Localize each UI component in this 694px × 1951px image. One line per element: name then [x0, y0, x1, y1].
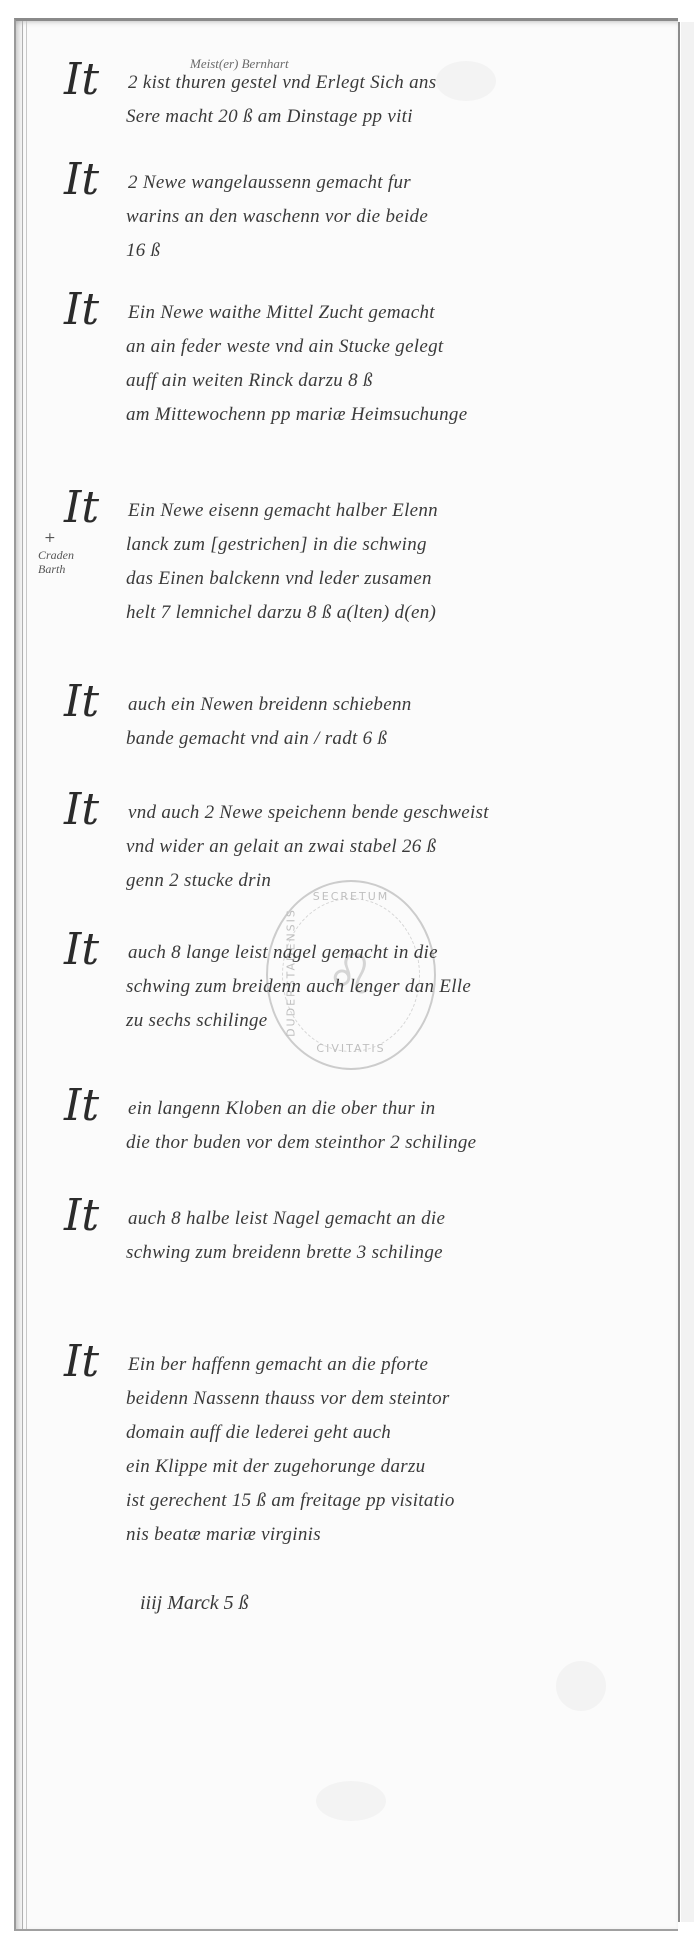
entry-line: auch 8 halbe leist Nagel gemacht an die — [70, 1202, 630, 1236]
item-mark: It — [64, 486, 99, 530]
entry-line: schwing zum breidenn auch lenger dan Ell… — [70, 970, 630, 1004]
entry-line: Ein Newe eisenn gemacht halber Elenn — [70, 494, 630, 528]
entry-line: ist gerechent 15 ß am freitage pp visita… — [70, 1484, 630, 1518]
margin-note-line: Barth — [38, 562, 74, 576]
ledger-entry: It 2 Newe wangelaussenn gemacht fur wari… — [70, 166, 630, 268]
entry-line: helt 7 lemnichel darzu 8 ß a(lten) d(en) — [70, 596, 630, 630]
item-mark: It — [64, 680, 99, 724]
entry-line: lanck zum [gestrichen] in die schwing — [70, 528, 630, 562]
entry-line: auch ein Newen breidenn schiebenn — [70, 688, 630, 722]
entry-line: Ein ber haffenn gemacht an die pforte — [70, 1348, 630, 1382]
ledger-entry: It ein langenn Kloben an die ober thur i… — [70, 1092, 630, 1160]
entry-line: 2 kist thuren gestel vnd Erlegt Sich ans — [70, 66, 630, 100]
entry-line: ein Klippe mit der zugehorunge darzu — [70, 1450, 630, 1484]
item-mark: It — [64, 788, 99, 832]
paper-stain — [316, 1781, 386, 1821]
margin-cross-mark: + — [44, 530, 56, 546]
item-mark: It — [64, 1340, 99, 1384]
entry-line: vnd wider an gelait an zwai stabel 26 ß — [70, 830, 630, 864]
item-mark: It — [64, 158, 99, 202]
item-mark: It — [64, 58, 99, 102]
margin-note: Craden Barth — [38, 548, 74, 576]
entry-line: vnd auch 2 Newe speichenn bende geschwei… — [70, 796, 630, 830]
item-mark: It — [64, 928, 99, 972]
entry-line: ein langenn Kloben an die ober thur in — [70, 1092, 630, 1126]
entry-line: beidenn Nassenn thauss vor dem steintor — [70, 1382, 630, 1416]
item-mark: It — [64, 288, 99, 332]
ledger-entry: It Ein Newe eisenn gemacht halber Elenn … — [70, 494, 630, 630]
entry-line: bande gemacht vnd ain / radt 6 ß — [70, 722, 630, 756]
ledger-entry: It Ein Newe waithe Mittel Zucht gemacht … — [70, 296, 630, 432]
entry-line: das Einen balckenn vnd leder zusamen — [70, 562, 630, 596]
item-mark: It — [64, 1084, 99, 1128]
entry-line: Sere macht 20 ß am Dinstage pp viti — [70, 100, 630, 134]
page-total: iiij Marck 5 ß — [140, 1592, 249, 1615]
entry-line: zu sechs schilinge — [70, 1004, 630, 1038]
ledger-entry: It auch 8 halbe leist Nagel gemacht an d… — [70, 1202, 630, 1270]
ledger-entry: It 2 kist thuren gestel vnd Erlegt Sich … — [70, 66, 630, 134]
entry-line: am Mittewochenn pp mariæ Heimsuchunge — [70, 398, 630, 432]
entry-line: schwing zum breidenn brette 3 schilinge — [70, 1236, 630, 1270]
margin-note-line: Craden — [38, 548, 74, 562]
ledger-entry: It Ein ber haffenn gemacht an die pforte… — [70, 1348, 630, 1552]
item-mark: It — [64, 1194, 99, 1238]
entry-line: Ein Newe waithe Mittel Zucht gemacht — [70, 296, 630, 330]
entry-line: nis beatæ mariæ virginis — [70, 1518, 630, 1552]
ledger-entry: It auch 8 lange leist nagel gemacht in d… — [70, 936, 630, 1038]
page-right-border — [678, 22, 680, 1922]
entry-line: auch 8 lange leist nagel gemacht in die — [70, 936, 630, 970]
entry-line: 2 Newe wangelaussenn gemacht fur — [70, 166, 630, 200]
entry-line: 16 ß — [70, 234, 630, 268]
paper-stain — [556, 1661, 606, 1711]
entry-line: an ain feder weste vnd ain Stucke gelegt — [70, 330, 630, 364]
entry-line: auff ain weiten Rinck darzu 8 ß — [70, 364, 630, 398]
ledger-entry: It auch ein Newen breidenn schiebenn ban… — [70, 688, 630, 756]
entry-line: domain auff die lederei geht auch — [70, 1416, 630, 1450]
adjacent-page-edge — [681, 22, 694, 1922]
entry-line: warins an den waschenn vor die beide — [70, 200, 630, 234]
entry-line: die thor buden vor dem steinthor 2 schil… — [70, 1126, 630, 1160]
